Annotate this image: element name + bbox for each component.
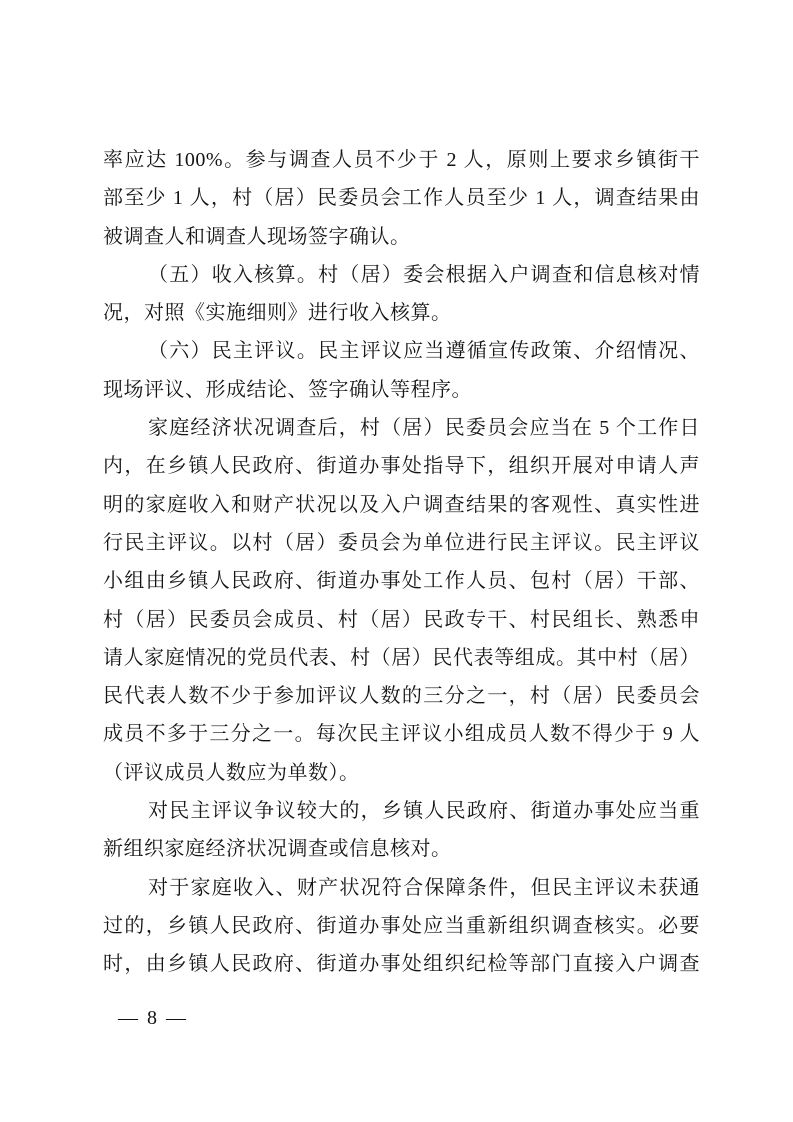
text-line: 现场评议、形成结论、签字确认等程序。: [103, 371, 700, 409]
text-line: 时，由乡镇人民政府、街道办事处组织纪检等部门直接入户调查: [103, 945, 700, 983]
text-line: 村（居）民委员会成员、村（居）民政专干、村民组长、熟悉申: [103, 601, 700, 639]
text-line: 部至少 1 人，村（居）民委员会工作人员至少 1 人，调查结果由: [103, 179, 700, 217]
text-line: 新组织家庭经济状况调查或信息核对。: [103, 830, 700, 868]
text-line: 况，对照《实施细则》进行收入核算。: [103, 294, 700, 332]
text-block: 率应达 100%。参与调查人员不少于 2 人，原则上要求乡镇街干部至少 1 人，…: [103, 141, 700, 984]
text-line: （五）收入核算。村（居）委会根据入户调查和信息核对情: [103, 256, 700, 294]
text-line: 民代表人数不少于参加评议人数的三分之一，村（居）民委员会: [103, 677, 700, 715]
text-line: 内，在乡镇人民政府、街道办事处指导下，组织开展对申请人声: [103, 447, 700, 485]
text-line: 率应达 100%。参与调查人员不少于 2 人，原则上要求乡镇街干: [103, 141, 700, 179]
document-page: 率应达 100%。参与调查人员不少于 2 人，原则上要求乡镇街干部至少 1 人，…: [0, 0, 793, 1122]
text-line: （评议成员人数应为单数）。: [103, 754, 700, 792]
text-line: 被调查人和调查人现场签字确认。: [103, 218, 700, 256]
text-line: 对于家庭收入、财产状况符合保障条件，但民主评议未获通: [103, 869, 700, 907]
text-line: 家庭经济状况调查后，村（居）民委员会应当在 5 个工作日: [103, 409, 700, 447]
text-line: 请人家庭情况的党员代表、村（居）民代表等组成。其中村（居）: [103, 639, 700, 677]
text-line: 明的家庭收入和财产状况以及入户调查结果的客观性、真实性进: [103, 486, 700, 524]
text-line: 小组由乡镇人民政府、街道办事处工作人员、包村（居）干部、: [103, 562, 700, 600]
text-line: （六）民主评议。民主评议应当遵循宣传政策、介绍情况、: [103, 332, 700, 370]
text-line: 对民主评议争议较大的，乡镇人民政府、街道办事处应当重: [103, 792, 700, 830]
text-line: 成员不多于三分之一。每次民主评议小组成员人数不得少于 9 人: [103, 715, 700, 753]
text-line: 行民主评议。以村（居）委员会为单位进行民主评议。民主评议: [103, 524, 700, 562]
page-number: — 8 —: [118, 1003, 188, 1033]
text-line: 过的，乡镇人民政府、街道办事处应当重新组织调查核实。必要: [103, 907, 700, 945]
